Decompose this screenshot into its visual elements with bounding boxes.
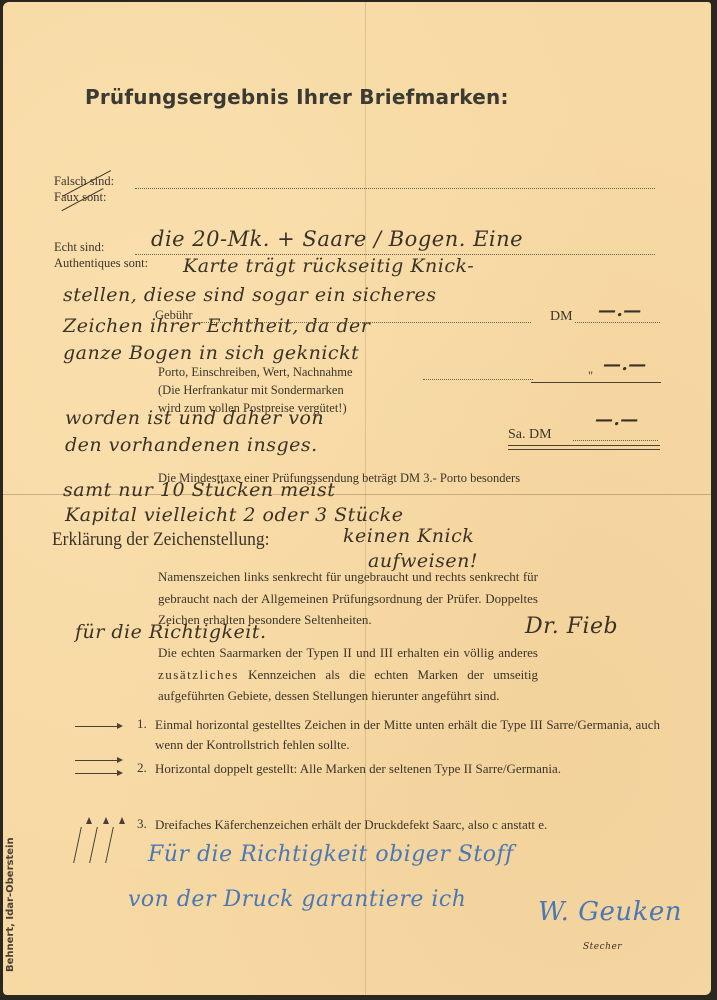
handwriting-line-5: ganze Bogen in sich geknickt xyxy=(63,342,359,364)
double-arrow-top-head-icon xyxy=(117,757,123,763)
gebuehr-amount-line xyxy=(575,322,660,323)
para2-emphasis: zusätzliches xyxy=(158,667,239,682)
item-1-number: 1. xyxy=(137,716,147,732)
triple-arrow-3-icon xyxy=(119,817,125,824)
item-3-text: Dreifaches Käferchenzeichen erhält der D… xyxy=(155,815,665,835)
document-page: Prüfungsergebnis Ihrer Briefmarken: Fals… xyxy=(3,2,711,995)
erklaerung-heading: Erklärung der Zeichenstellung: xyxy=(52,529,269,551)
handwriting-line-2: Karte trägt rückseitig Knick- xyxy=(183,255,474,277)
triple-arrow-1-icon xyxy=(86,817,92,824)
page-title: Prüfungsergebnis Ihrer Briefmarken: xyxy=(85,85,509,109)
single-arrow-head-icon xyxy=(117,723,123,729)
signature-2: W. Geuken xyxy=(538,897,682,927)
handwriting-line-1: die 20-Mk. + Saare / Bogen. Eine xyxy=(151,227,523,251)
single-arrow-icon xyxy=(75,726,119,727)
signature-1: Dr. Fieb xyxy=(525,614,618,639)
handwriting-line-7: den vorhandenen insges. xyxy=(65,434,318,456)
double-arrow-top-icon xyxy=(75,760,119,761)
handwriting-line-6: worden ist und daher von xyxy=(65,407,324,429)
handwriting-line-12: für die Richtigkeit. xyxy=(75,621,267,643)
faux-text: Faux sont: xyxy=(54,190,106,204)
porto-value: —.— xyxy=(603,354,647,375)
para2-prefix: Die echten Saarmarken der Typen II und I… xyxy=(158,645,538,660)
printer-imprint: Behnert, Idar-Oberstein xyxy=(5,837,16,972)
sum-double-rule-2 xyxy=(508,449,660,450)
triple-arrow-2-icon xyxy=(103,817,109,824)
item-2-number: 2. xyxy=(137,760,147,776)
sum-dotted-line xyxy=(573,440,658,441)
item-1-text: Einmal horizontal gestelltes Zeichen in … xyxy=(155,715,660,755)
sum-double-rule-1 xyxy=(508,445,660,446)
authentiques-label: Authentiques sont: xyxy=(54,256,148,271)
sum-value: —.— xyxy=(595,409,639,430)
echt-label: Echt sind: xyxy=(54,240,104,255)
porto-leader-dots xyxy=(423,379,533,380)
falsch-text: Falsch sind: xyxy=(54,174,114,188)
handwriting-line-10: keinen Knick xyxy=(343,525,474,547)
faux-label: Faux sont: xyxy=(54,190,106,205)
porto-amount-line xyxy=(531,382,661,383)
double-arrow-bottom-icon xyxy=(75,773,119,774)
falsch-label: Falsch sind: xyxy=(54,174,114,189)
erklaerung-paragraph-2: Die echten Saarmarken der Typen II und I… xyxy=(158,642,538,707)
porto-label: Porto, Einschreiben, Wert, Nachnahme xyxy=(158,365,353,380)
blue-handwriting-line-2: von der Druck garantiere ich xyxy=(128,887,466,912)
item-2-text: Horizontal doppelt gestellt: Alle Marken… xyxy=(155,759,660,779)
gebuehr-dotted-line xyxy=(201,322,531,323)
porto-note-line-1: (Die Herfrankatur mit Sondermarken xyxy=(158,383,344,398)
falsch-dotted-line xyxy=(135,188,655,189)
handwriting-line-8: samt nur 10 Stücken meist xyxy=(63,479,335,501)
sum-label: Sa. DM xyxy=(508,427,552,443)
gebuehr-currency: DM xyxy=(550,309,573,325)
handwriting-line-9: Kapital vielleicht 2 oder 3 Stücke xyxy=(65,504,403,526)
handwriting-line-4: Zeichen ihrer Echtheit, da der xyxy=(63,315,370,337)
gebuehr-value: —.— xyxy=(598,300,642,321)
double-arrow-bottom-head-icon xyxy=(117,770,123,776)
small-signature: Stecher xyxy=(583,942,622,952)
blue-handwriting-line-1: Für die Richtigkeit obiger Stoff xyxy=(148,842,514,867)
item-3-number: 3. xyxy=(137,816,147,832)
gebuehr-label: Gebühr xyxy=(155,308,193,323)
handwriting-line-3: stellen, diese sind sogar ein sicheres xyxy=(63,284,437,306)
